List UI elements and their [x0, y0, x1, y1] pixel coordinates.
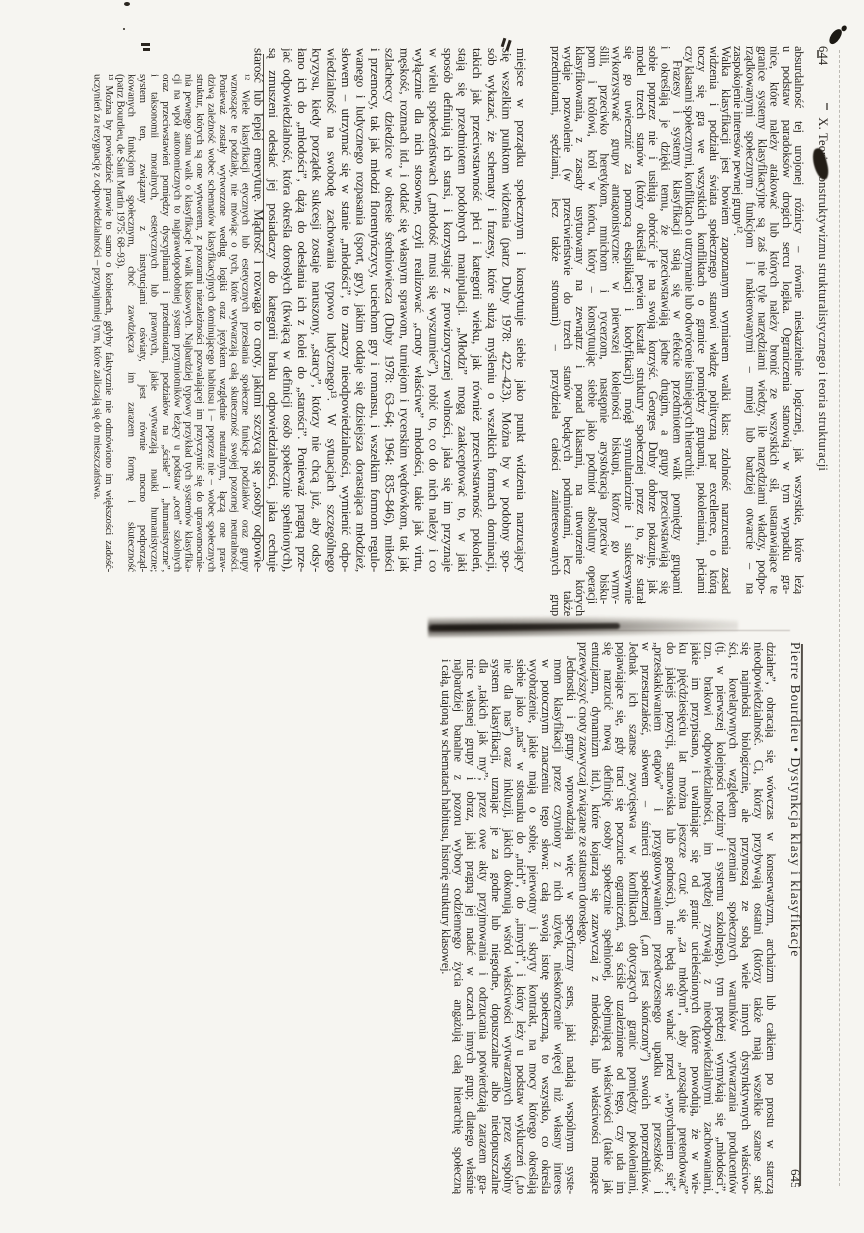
ink-blob-mark: [827, 27, 844, 46]
scanned-page-645: Pierre Bourdieu • Dystynkcja klasy i kla…: [432, 642, 804, 1198]
text-line: Walka klasyfikacji jest bowiem zapoznany…: [720, 46, 732, 594]
scan-speck: [141, 43, 150, 46]
text-line: w potocznym znaczeniu tego słowa: całą s…: [540, 642, 553, 1194]
text-line: rządkowanymi społecznym funkcjom i nakie…: [744, 46, 756, 594]
running-head-644: 644X. Teoria konstruktywizmu strukturali…: [813, 46, 832, 516]
text-line: działne”, obracają się wówczas w konserw…: [765, 642, 778, 1194]
text-line: zaspokojenie interesów pewnej grupy¹².: [732, 46, 744, 594]
text-line: nie dla nas”) oraz inkluzji, jakich doko…: [502, 642, 515, 1194]
text-line: pom i królowi, król w końcu, który – kon…: [586, 46, 598, 604]
text-line: Ponieważ zostały wytworzone według logik…: [217, 48, 228, 572]
text-line: Jednostki i grupy wprowadzają więc w spe…: [565, 642, 578, 1194]
text-line: stają się przedmiotem podobnych manipula…: [455, 48, 470, 572]
text-line: toczy się gra we wszystkich konfliktach …: [696, 46, 708, 594]
scan-speck: [826, 103, 828, 110]
text-line: w przestarzałość, słowem – śmierci społe…: [640, 642, 653, 1194]
text-line: ślili, przeciwko heretykom, mnichom i ry…: [598, 46, 610, 604]
text-line: ści, korelatywnych względem przemian spo…: [727, 642, 740, 1194]
text-line: wyobrażenie, jakie mają o sobie, pierwot…: [527, 642, 540, 1194]
text-line: siebie jako „nas” w stosunku do „nich”, …: [515, 642, 528, 1194]
text-line: ku pięćdziesięciu lat można jeszcze czuć…: [677, 642, 690, 1194]
text-line: Frazesy i systemy klasyfikacji stają się…: [671, 46, 683, 594]
text-line: kryzysu, kiedy porządek sukcesji zostaje…: [309, 48, 324, 572]
text-line: u podstaw paradoksów drogich sercu logik…: [781, 46, 793, 594]
text-line: oraz przeciwstawień pomiędzy dyscyplinam…: [159, 48, 170, 572]
text-line: słowem – utrzymać się w stanie „młodości…: [338, 48, 353, 572]
text-line: nieodpowiedzialność. Ci, którzy przybywa…: [752, 642, 765, 1194]
text-line: są zmuszeni odesłać jej posiadaczy do ka…: [265, 48, 280, 572]
text-line: model trzech stanów (który określał pewi…: [635, 46, 647, 604]
text-line: czy klasami społecznymi, konfliktach o u…: [683, 46, 695, 594]
text-line: sposób definiują ich starsi, i korzystaj…: [440, 48, 455, 572]
text-line: system ten, związany z instytucjami oświ…: [137, 48, 148, 572]
text-line: i całą, utajoną w schematach habitusu, h…: [440, 642, 453, 1194]
text-line: pojawiające się, gdy traci się poczucie …: [615, 642, 628, 1194]
text-line: nia pewnego stanu walk o klasyfikacje i …: [182, 48, 193, 572]
text-line: wyłącznie dla nich stosowne, czyli reali…: [411, 48, 426, 572]
scanned-page-644: 644X. Teoria konstruktywizmu strukturali…: [556, 46, 832, 622]
header-gap: [823, 65, 824, 117]
text-line: struktur, których są one wytworem, z poz…: [194, 48, 205, 572]
text-line: wykorzystywać grupy antagonistyczne: w p…: [611, 46, 623, 604]
text-line: sób wykazać, że schematy i frazesy, któr…: [484, 48, 499, 572]
text-line: się narzucić nową definicję osoby społec…: [602, 642, 615, 1194]
text-line: przewyższyć cnoty zazwyczaj związane ze …: [577, 642, 590, 1194]
scan-speck: [501, 38, 507, 47]
text-line: najbardziej banalne z pozoru wybory codz…: [452, 642, 465, 1194]
text-line: i taksonomii moralnych, estetycznych lub…: [148, 48, 159, 572]
text-line: wydaje pozwolenie (w przeciwieństwie do …: [562, 46, 574, 616]
text-line: i określają je dzięki temu, że przeciwst…: [659, 46, 671, 594]
scan-speck: [817, 50, 819, 58]
text-line: system klasyfikacji, uznając je za godne…: [490, 642, 503, 1194]
text-line: wiedzialność na swobodę zachowania typow…: [324, 48, 339, 572]
text-line: się wszelkim punktom widzenia (patrz Dub…: [499, 48, 514, 572]
text-line: cji na wpół autonomicznych to najprawdop…: [171, 48, 182, 572]
text-line: „przeskakiwaniem etapów” i przygotowywan…: [652, 642, 665, 1194]
text-line: takich jak przeciwstawność płci i katego…: [470, 48, 485, 572]
text-line: sobie poprzez nie i usiłują obrócić je n…: [647, 46, 659, 594]
text-line: się najmłodsi biologicznie, ale przynosz…: [740, 642, 753, 1194]
text-line: (tj. w pierwszej kolejności rodziny i sy…: [715, 642, 728, 1194]
text-line: granice systemy klasyfikacyjne są zaś ni…: [756, 46, 768, 594]
scan-speck: [124, 2, 130, 6]
text-line: do jakiejś pozycji, stanowiska lub godno…: [665, 642, 678, 1194]
scanned-page-left-partial: miejsce w porządku społecznym i konstytu…: [62, 48, 528, 572]
text-line: ¹³ Można by powiedzieć prawie to samo o …: [102, 48, 113, 572]
text-line: entuzjazm, dynamizm itd.), które kojarzą…: [590, 642, 603, 1194]
text-line: dla „takich jak my”; przez owe akty przy…: [477, 642, 490, 1194]
text-line: mom klasyfikacji przez czyniony z nich u…: [552, 642, 565, 1194]
scan-speck: [143, 48, 150, 51]
text-line: i przemocy, tak jak młodzi florentyńczyc…: [367, 48, 382, 572]
text-line: Jednak ich szanse zwycięstwa w konflikta…: [627, 642, 640, 1194]
scan-speck: [123, 28, 125, 30]
text-line: łano ich do „młodości”, dążą do odesłani…: [295, 48, 310, 572]
text-line: się go uwiecznić za pomocą eksplikacji i…: [623, 46, 635, 604]
text-line: wanego i ludycznego rozpasania (sport, g…: [353, 48, 368, 572]
text-line: jać odpowiedzialność, która określa doro…: [280, 48, 295, 572]
text-line: w wielu społeczeństwach („młodość musi s…: [426, 48, 441, 572]
text-line: (patrz Bourdieu, de Saint Martin 1975: 6…: [114, 48, 125, 572]
text-line: absurdalność tej urojonej różnicy – równ…: [793, 46, 805, 594]
text-line: męskość, rozmach itd., i oddać się własn…: [397, 48, 412, 572]
text-line: szlacheccy dziedzice w okresie średniowi…: [382, 48, 397, 572]
text-line: ¹² Wiele klasyfikacji etycznych lub este…: [239, 48, 250, 572]
text-line: przedmiotami, sędziami, lecz także stron…: [550, 46, 562, 616]
text-line: tzn. brakowi odpowiedzialności, im prędz…: [702, 642, 715, 1194]
sheet-edge-dashed-line: [839, 50, 840, 1186]
text-line: kowanych funkcjom społecznym, choć zawdz…: [125, 48, 136, 572]
text-line: klasyfikowania, z zasady usytuowany na z…: [574, 46, 586, 616]
text-line: dziwą zależność wobec schematów klasyfik…: [205, 48, 216, 572]
text-line: miejsce w porządku społecznym i konstytu…: [513, 48, 528, 572]
text-line: widzenia i podziału świata społecznego s…: [708, 46, 720, 594]
text-line: nice własnej grupy i obraz, jaki pragną …: [465, 642, 478, 1194]
text-line: nice, które należy atakować lub których …: [769, 46, 781, 594]
text-line: wznoszące te podziały, nie mówiąc o tych…: [228, 48, 239, 572]
text-line: uczynień za rezygnację z odpowiedzialnoś…: [91, 48, 102, 572]
spine-shadow-thin-line: [430, 630, 790, 631]
text-line: jakie im przypisano, i uwalniając się od…: [690, 642, 703, 1194]
page-number-645: 645: [787, 1169, 804, 1187]
